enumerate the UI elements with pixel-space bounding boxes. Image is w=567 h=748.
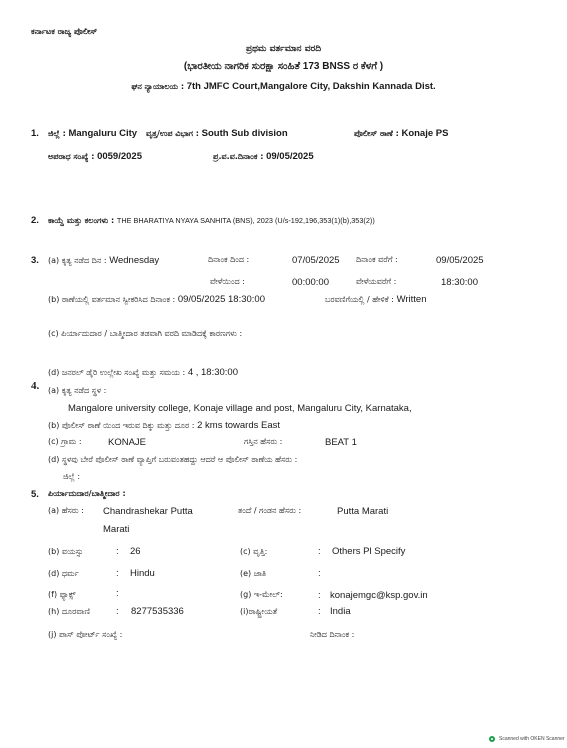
received-date-field: (b) ಠಾಣೆಯಲ್ಲಿ ವರ್ತಮಾನ ಸ್ವೀಕರಿಸಿದ ದಿನಾಂಕ … xyxy=(48,294,265,305)
time-from-label: ವೇಳೆಯಿಂದ : xyxy=(210,277,245,287)
time-to-value: 18:30:00 xyxy=(441,277,478,288)
nationality-label: (i)ರಾಷ್ಟ್ರೀಯತೆ xyxy=(240,607,277,617)
section3-number: 3. xyxy=(31,255,39,266)
report-subtitle: (ಭಾರತೀಯ ನಾಗರಿಕ ಸುರಕ್ಷಾ ಸಂಹಿತೆ 173 BNSS ರ… xyxy=(0,61,567,72)
fax-colon: : xyxy=(116,588,119,599)
section1-number: 1. xyxy=(31,128,39,139)
nationality-value: India xyxy=(330,606,351,617)
acts-label: ಕಾಯ್ದೆ ಮತ್ತು ಕಲಂಗಳು : xyxy=(48,216,114,225)
crime-no-value: 0059/2025 xyxy=(97,151,142,162)
fir-date-value: 09/05/2025 xyxy=(266,151,314,162)
phone-label: (h) ದೂರವಾಣಿ xyxy=(48,607,90,617)
village-value: KONAJE xyxy=(108,437,146,448)
place-of-occurrence-label: (a) ಕೃತ್ಯ ನಡೆದ ಸ್ಥಳ : xyxy=(48,386,106,396)
religion-colon: : xyxy=(116,568,119,579)
other-district-label: ಜಿಲ್ಲೆ : xyxy=(63,472,80,482)
subdivision-value: South Sub division xyxy=(202,128,288,139)
name-value-line1: Chandrashekar Putta xyxy=(103,506,193,517)
info-type-value: Written xyxy=(397,294,427,305)
date-to-label: ದಿನಾಂಕ ವರೆಗೆ : xyxy=(356,255,398,265)
email-value: konajemgc@ksp.gov.in xyxy=(330,590,428,601)
email-colon: : xyxy=(318,590,321,601)
direction-distance-label: (b) ಪೊಲೀಸ್ ಠಾಣೆ ಯಿಂದ ಇರುವ ದಿಕ್ಕು ಮತ್ತು ದ… xyxy=(48,421,194,430)
court-label: ಘನ ನ್ಯಾಯಾಲಯ : xyxy=(131,82,184,91)
father-name-value: Putta Marati xyxy=(337,506,388,517)
gd-reference-value: 4 , 18:30:00 xyxy=(188,367,238,378)
name-label: (a) ಹೆಸರು : xyxy=(48,506,84,516)
received-date-label: (b) ಠಾಣೆಯಲ್ಲಿ ವರ್ತಮಾನ ಸ್ವೀಕರಿಸಿದ ದಿನಾಂಕ … xyxy=(48,295,175,304)
beat-label: ಗಸ್ತಿನ ಹೆಸರು : xyxy=(244,437,282,447)
other-station-label: (d) ಸ್ಥಳವು ಬೇರೆ ಪೊಲೀಸ್ ಠಾಣೆ ವ್ಯಾಪ್ತಿಗೆ ಬ… xyxy=(48,455,297,465)
religion-label: (d) ಧರ್ಮ xyxy=(48,569,79,579)
age-colon: : xyxy=(116,546,119,557)
district-field: ಜಿಲ್ಲೆ : Mangaluru City xyxy=(48,128,137,139)
section2-number: 2. xyxy=(31,215,39,226)
fir-date-label: ಪ್ರ.ವ.ವ.ದಿನಾಂಕ : xyxy=(213,152,263,161)
scanner-logo-icon xyxy=(489,736,495,742)
issue-date-label: ನೀಡಿದ ದಿನಾಂಕ : xyxy=(310,630,354,640)
subdivision-label: ವೃತ್ತ/ಉಪ ವಿಭಾಗ : xyxy=(146,129,199,138)
crime-no-label: ಅಪರಾಧ ಸಂಖ್ಯೆ : xyxy=(48,152,94,161)
district-label: ಜಿಲ್ಲೆ : xyxy=(48,129,66,138)
village-label: (c) ಗ್ರಾಮ : xyxy=(48,437,82,447)
gd-reference-field: (d) ಜನರಲ್ ಡೈರಿ ಉಲ್ಲೇಖ ಸಂಖ್ಯೆ ಮತ್ತು ಸಮಯ :… xyxy=(48,367,238,378)
court-value: 7th JMFC Court,Mangalore City, Dakshin K… xyxy=(187,81,436,92)
religion-value: Hindu xyxy=(130,568,155,579)
district-value: Mangaluru City xyxy=(68,128,137,139)
age-value: 26 xyxy=(130,546,141,557)
fir-date-field: ಪ್ರ.ವ.ವ.ದಿನಾಂಕ : 09/05/2025 xyxy=(213,151,314,162)
section5-number: 5. xyxy=(31,489,39,500)
court-line: ಘನ ನ್ಯಾಯಾಲಯ : 7th JMFC Court,Mangalore C… xyxy=(0,81,567,92)
phone-colon: : xyxy=(116,606,119,617)
gd-reference-label: (d) ಜನರಲ್ ಡೈರಿ ಉಲ್ಲೇಖ ಸಂಖ್ಯೆ ಮತ್ತು ಸಮಯ : xyxy=(48,368,185,377)
station-label: ಪೊಲೀಸ್ ಠಾಣೆ : xyxy=(354,129,399,138)
passport-label: (j) ಪಾಸ್ ಪೋರ್ಟ್ ಸಂಖ್ಯೆ : xyxy=(48,630,122,640)
crime-no-field: ಅಪರಾಧ ಸಂಖ್ಯೆ : 0059/2025 xyxy=(48,151,142,162)
father-name-label: ತಂದೆ / ಗಂಡನ ಹೆಸರು : xyxy=(238,506,301,516)
caste-colon: : xyxy=(318,568,321,579)
delay-reason-label: (c) ಪಿರ್ಯಾದುದಾರ / ಬಾತ್ಮೀದಾರ ತಡವಾಗಿ ವರದಿ … xyxy=(48,329,242,339)
occurrence-day-label: (a) ಕೃತ್ಯ ನಡೆದ ದಿನ : xyxy=(48,256,107,265)
occupation-value: Others Pl Specify xyxy=(332,546,405,557)
occupation-colon: : xyxy=(318,546,321,557)
fax-label: (f) ಫ್ಯಾಕ್ಸ್ xyxy=(48,590,76,600)
complainant-label: ಪಿರ್ಯಾದುದಾರ/ಬಾತ್ಮೀದಾರ : xyxy=(48,489,126,499)
occurrence-day-value: Wednesday xyxy=(109,255,159,266)
received-date-value: 09/05/2025 18:30:00 xyxy=(178,294,265,305)
direction-distance-field: (b) ಪೊಲೀಸ್ ಠಾಣೆ ಯಿಂದ ಇರುವ ದಿಕ್ಕು ಮತ್ತು ದ… xyxy=(48,420,280,431)
nationality-colon: : xyxy=(318,606,321,617)
acts-field: ಕಾಯ್ದೆ ಮತ್ತು ಕಲಂಗಳು : THE BHARATIYA NYAY… xyxy=(48,215,375,226)
direction-distance-value: 2 kms towards East xyxy=(197,420,280,431)
name-value-line2: Marati xyxy=(103,524,129,535)
occupation-label: (c) ವೃತ್ತಿ: xyxy=(240,547,267,557)
date-to-value: 09/05/2025 xyxy=(436,255,484,266)
time-to-label: ವೇಳೆಯವರೆಗೆ : xyxy=(356,277,396,287)
scanner-watermark: Scanned with OKEN Scanner xyxy=(489,736,565,742)
occurrence-day-field: (a) ಕೃತ್ಯ ನಡೆದ ದಿನ : Wednesday xyxy=(48,255,159,266)
info-type-label: ಬರವಣಿಗೆಯಲ್ಲಿ / ಹೇಳಿಕೆ : xyxy=(325,295,394,304)
caste-label: (e) ಜಾತಿ xyxy=(240,569,266,579)
date-from-value: 07/05/2025 xyxy=(292,255,340,266)
acts-value: THE BHARATIYA NYAYA SANHITA (BNS), 2023 … xyxy=(117,216,375,225)
report-title: ಪ್ರಥಮ ವರ್ತಮಾನ ವರದಿ xyxy=(0,44,567,54)
station-value: Konaje PS xyxy=(401,128,448,139)
station-field: ಪೊಲೀಸ್ ಠಾಣೆ : Konaje PS xyxy=(354,128,448,139)
info-type-field: ಬರವಣಿಗೆಯಲ್ಲಿ / ಹೇಳಿಕೆ : Written xyxy=(325,294,427,305)
age-label: (b) ವಯಸ್ಸು xyxy=(48,547,83,557)
date-from-label: ದಿನಾಂಕ ದಿಂದ : xyxy=(208,255,249,265)
subdivision-field: ವೃತ್ತ/ಉಪ ವಿಭಾಗ : South Sub division xyxy=(146,128,288,139)
beat-value: BEAT 1 xyxy=(325,437,357,448)
org-name: ಕರ್ನಾಟಕ ರಾಜ್ಯ ಪೊಲೀಸ್ xyxy=(31,27,97,37)
section4-number: 4. xyxy=(31,380,39,392)
email-label: (g) ಇ-ಮೇಲ್: xyxy=(240,590,283,600)
place-of-occurrence-value: Mangalore university college, Konaje vil… xyxy=(68,403,412,414)
time-from-value: 00:00:00 xyxy=(292,277,329,288)
scanner-text: Scanned with OKEN Scanner xyxy=(499,736,565,742)
phone-value: 8277535336 xyxy=(131,606,184,617)
